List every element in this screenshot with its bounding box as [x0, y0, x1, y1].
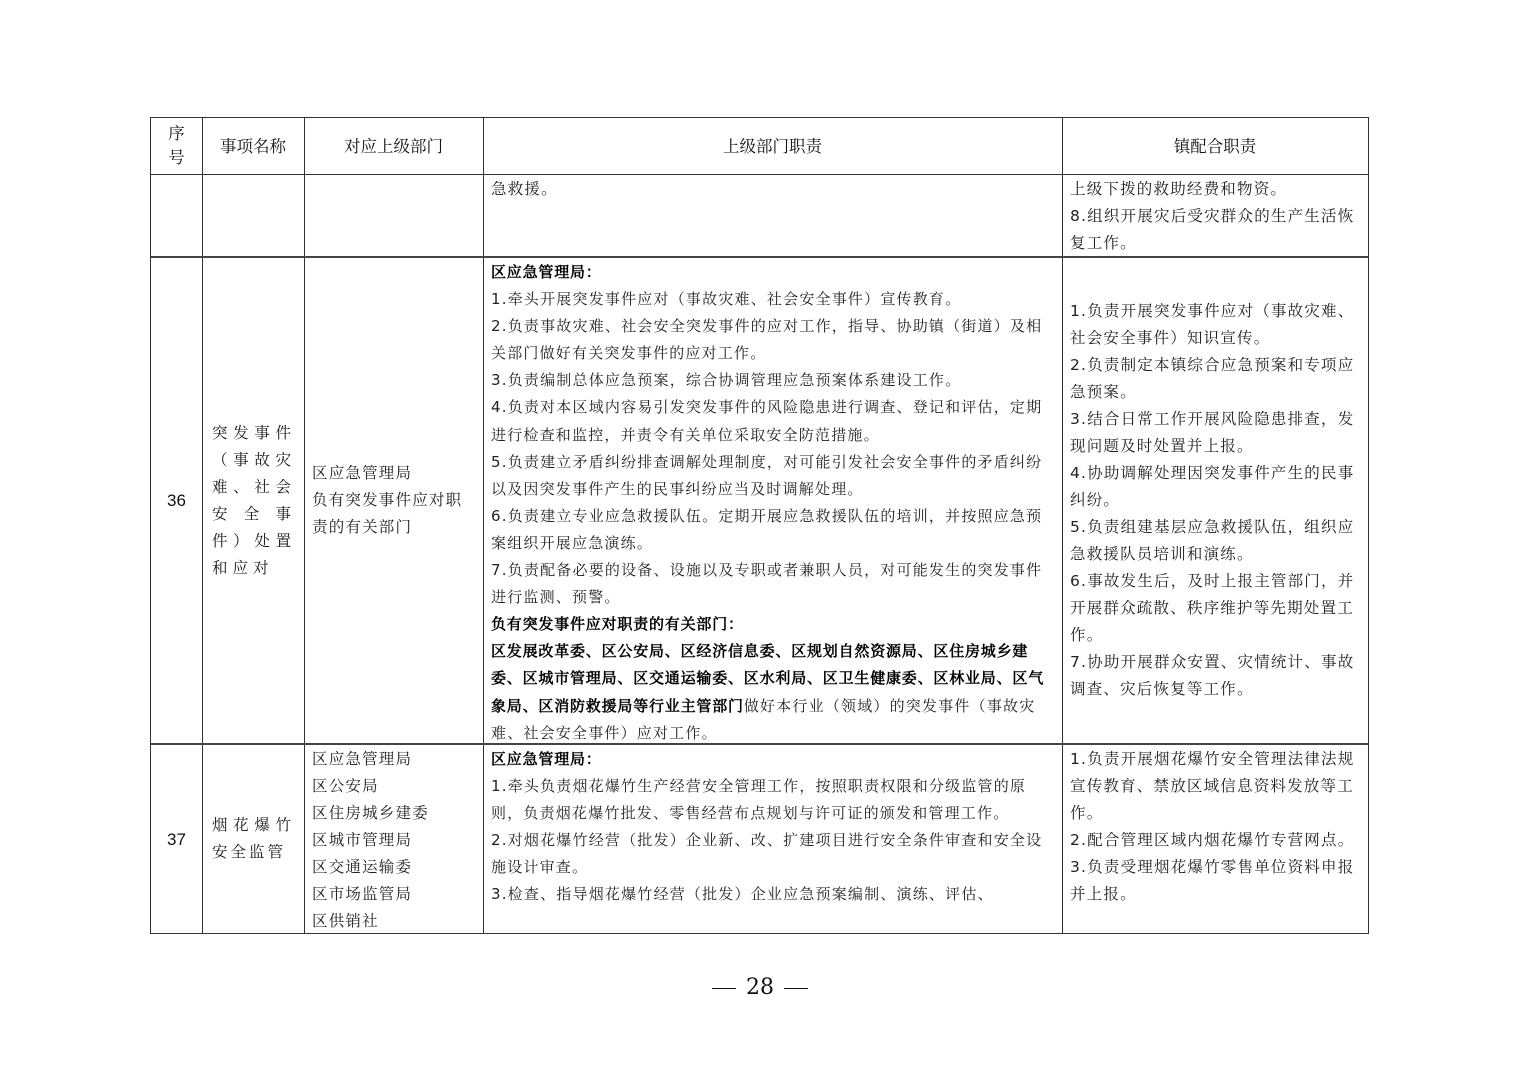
duty-text: 5.负责建立矛盾纠纷排查调解处理制度，对可能引发社会安全事件的矛盾纠纷以及因突发… [491, 449, 1054, 503]
header-item-name: 事项名称 [202, 118, 304, 174]
town-duty-text: 3.负责受理烟花爆竹零售单位资料申报并上报。 [1070, 854, 1360, 908]
duty-heading: 负有突发事件应对职责的有关部门： [491, 611, 1054, 638]
dash-left [712, 988, 736, 989]
dept-text: 区应急管理局 [312, 746, 475, 773]
row-36-item-name: 突发事件 （事故灾 难、社会 安全事 件）处置 和应对 [202, 258, 304, 743]
duty-text: 2.对烟花爆竹经营（批发）企业新、改、扩建项目进行安全条件审查和安全设施设计审查… [491, 827, 1054, 881]
town-duty-text: 上级下拨的救助经费和物资。 [1070, 176, 1360, 203]
item-line: 和应对 [202, 555, 304, 582]
row-36-seq: 36 [151, 258, 202, 743]
header-seq-line1: 序 [168, 122, 185, 146]
header-seq: 序 号 [151, 118, 202, 174]
page-footer: 28 [0, 975, 1520, 1000]
duty-text: 4.负责对本区域内容易引发突发事件的风险隐患进行调查、登记和评估，定期进行检查和… [491, 394, 1054, 448]
town-duty-text: 8.组织开展灾后受灾群众的生产生活恢复工作。 [1070, 203, 1360, 257]
town-duty-text: 4.协助调解处理因突发事件产生的民事纠纷。 [1070, 460, 1360, 514]
dept-text: 区城市管理局 [312, 827, 475, 854]
table-row-continuation-duty: 急救援。 [483, 176, 1062, 256]
header-seq-line2: 号 [168, 146, 185, 170]
duty-text: 7.负责配备必要的设备、设施以及专职或者兼职人员，对可能发生的突发事件进行监测、… [491, 557, 1054, 611]
responsibility-table: 序 号 事项名称 对应上级部门 上级部门职责 镇配合职责 急救援。 上级下拨的救… [150, 117, 1369, 934]
row-37-superior-duty: 区应急管理局： 1.牵头负责烟花爆竹生产经营安全管理工作，按照职责权限和分级监管… [483, 746, 1062, 934]
duty-text: 3.检查、指导烟花爆竹经营（批发）企业应急预案编制、演练、评估、 [491, 881, 1054, 908]
header-superior-duty: 上级部门职责 [483, 118, 1062, 174]
row-36-superior-dept: 区应急管理局 负有突发事件应对职责的有关部门 [304, 258, 483, 743]
item-line: 件）处置 [202, 528, 304, 555]
duty-text: 3.负责编制总体应急预案，综合协调管理应急预案体系建设工作。 [491, 367, 1054, 394]
table-row-continuation-town: 上级下拨的救助经费和物资。 8.组织开展灾后受灾群众的生产生活恢复工作。 [1062, 176, 1368, 256]
duty-text: 6.负责建立专业应急救援队伍。定期开展应急救援队伍的培训，并按照应急预案组织开展… [491, 503, 1054, 557]
row-36-town-duty: 1.负责开展突发事件应对（事故灾难、社会安全事件）知识宣传。 2.负责制定本镇综… [1062, 258, 1368, 743]
town-duty-text: 5.负责组建基层应急救援队伍，组织应急救援队员培训和演练。 [1070, 514, 1360, 568]
item-line: 突发事件 [202, 420, 304, 447]
row-divider [151, 174, 1368, 175]
dash-right [784, 988, 808, 989]
dept-text: 区应急管理局 [312, 460, 475, 487]
header-town-duty: 镇配合职责 [1062, 118, 1368, 174]
page-number: 28 [746, 975, 774, 1000]
town-duty-text: 7.协助开展群众安置、灾情统计、事故调查、灾后恢复等工作。 [1070, 649, 1360, 703]
town-duty-text: 2.配合管理区域内烟花爆竹专营网点。 [1070, 827, 1360, 854]
dept-text: 区供销社 [312, 908, 475, 935]
duty-text: 1.牵头开展突发事件应对（事故灾难、社会安全事件）宣传教育。 [491, 286, 1054, 313]
dept-text: 区公安局 [312, 773, 475, 800]
row-37-item-name: 烟花爆竹 安全监管 [202, 745, 304, 933]
duty-text: 2.负责事故灾难、社会安全突发事件的应对工作，指导、协助镇（街道）及相关部门做好… [491, 313, 1054, 367]
town-duty-text: 1.负责开展烟花爆竹安全管理法律法规宣传教育、禁放区域信息资料发放等工作。 [1070, 746, 1360, 827]
town-duty-text: 3.结合日常工作开展风险隐患排查，发现问题及时处置并上报。 [1070, 406, 1360, 460]
town-duty-text: 2.负责制定本镇综合应急预案和专项应急预案。 [1070, 352, 1360, 406]
duty-heading: 区应急管理局： [491, 746, 1054, 773]
header-superior-dept: 对应上级部门 [304, 118, 483, 174]
item-line: （事故灾 [202, 447, 304, 474]
row-37-town-duty: 1.负责开展烟花爆竹安全管理法律法规宣传教育、禁放区域信息资料发放等工作。 2.… [1062, 746, 1368, 934]
town-duty-text: 1.负责开展突发事件应对（事故灾难、社会安全事件）知识宣传。 [1070, 298, 1360, 352]
dept-text: 区交通运输委 [312, 854, 475, 881]
duty-text: 1.牵头负责烟花爆竹生产经营安全管理工作，按照职责权限和分级监管的原则，负责烟花… [491, 773, 1054, 827]
row-36-superior-duty: 区应急管理局： 1.牵头开展突发事件应对（事故灾难、社会安全事件）宣传教育。 2… [483, 259, 1062, 743]
duty-text: 急救援。 [491, 176, 1054, 203]
dept-text: 区住房城乡建委 [312, 800, 475, 827]
row-37-seq: 37 [151, 745, 202, 933]
dept-text: 区市场监管局 [312, 881, 475, 908]
item-line: 安全监管 [202, 839, 304, 866]
row-37-superior-dept: 区应急管理局 区公安局 区住房城乡建委 区城市管理局 区交通运输委 区市场监管局… [304, 746, 483, 934]
duty-depts-paragraph: 区发展改革委、区公安局、区经济信息委、区规划自然资源局、区住房城乡建委、区城市管… [491, 638, 1054, 746]
item-line: 烟花爆竹 [202, 812, 304, 839]
dept-text: 负有突发事件应对职责的有关部门 [312, 487, 475, 541]
duty-heading: 区应急管理局： [491, 259, 1054, 286]
item-line: 安全事 [202, 501, 304, 528]
town-duty-text: 6.事故发生后，及时上报主管部门，并开展群众疏散、秩序维护等先期处置工作。 [1070, 568, 1360, 649]
item-line: 难、社会 [202, 474, 304, 501]
